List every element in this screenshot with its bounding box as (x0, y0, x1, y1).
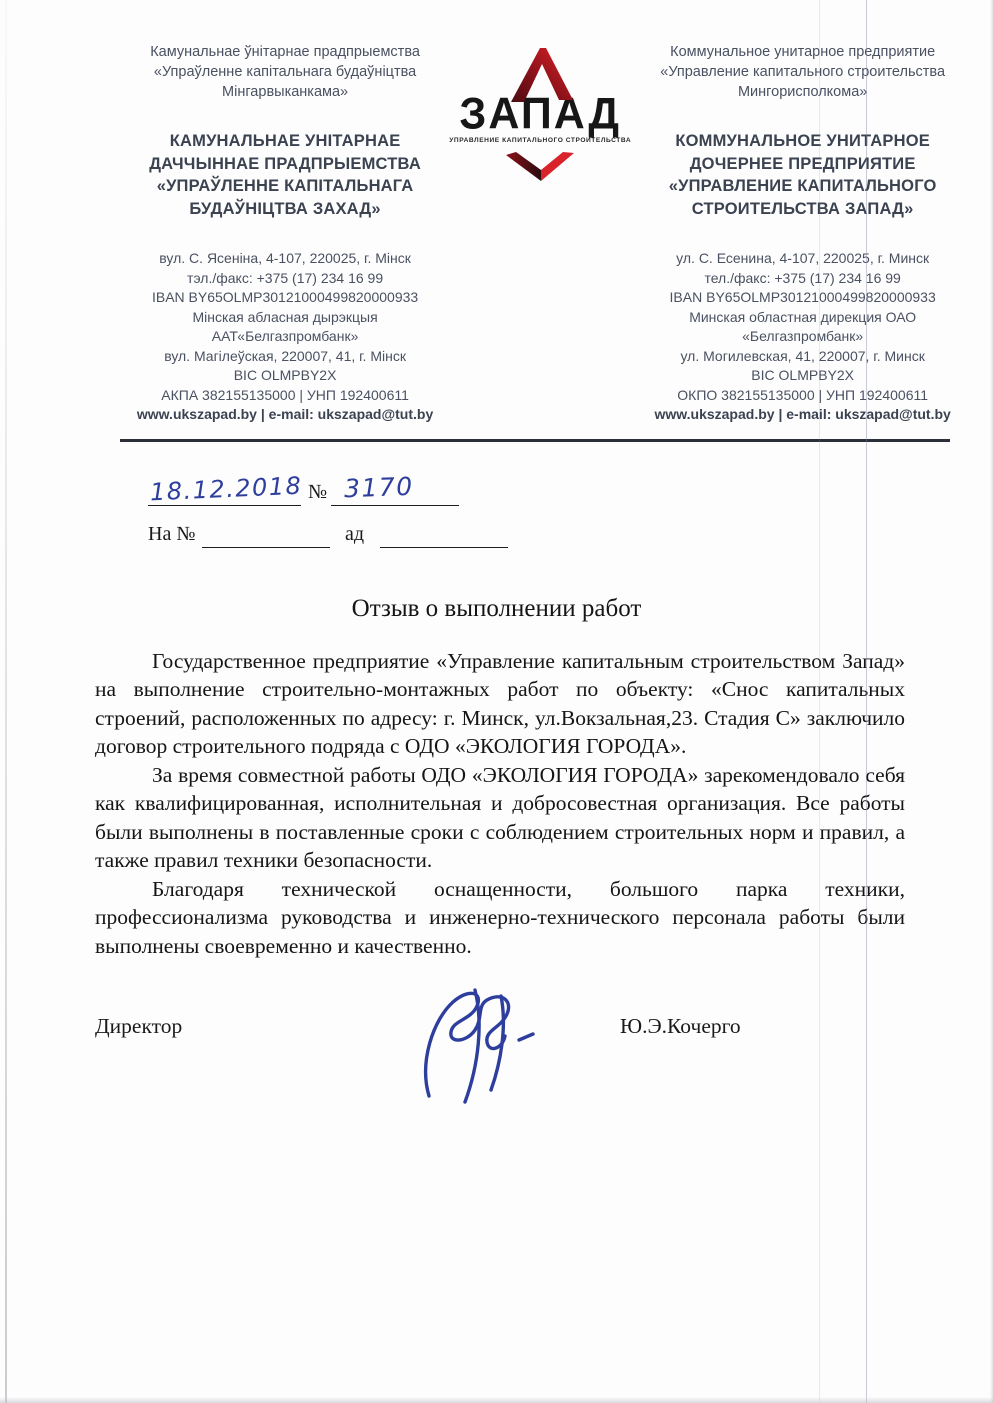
org-bold-line: КАМУНАЛЬНАЕ УНІТАРНАЕ (130, 130, 440, 153)
handwritten-date: 18.12.2018 (149, 471, 302, 506)
letter-body: Государственное предприятие «Управление … (95, 647, 905, 961)
org-line: «Управление капитального строительства (640, 62, 965, 82)
bank-address-line: ул. Могилевская, 41, 220007, г. Минск (640, 347, 965, 367)
org-line: Мингорисполкома» (640, 82, 965, 102)
logo-roof-icon (511, 44, 573, 106)
letterhead: Камунальнае ўнітарнае прадпрыемства «Упр… (0, 0, 993, 425)
org-line: Коммунальное унитарное предприятие (640, 42, 965, 62)
org-name-small: Коммунальное унитарное предприятие «Упра… (640, 42, 965, 102)
iban-line: IBAN BY65OLMP30121000499820000933 (130, 288, 440, 308)
signer-name: Ю.Э.Кочерго (620, 1014, 741, 1039)
signature-block: Директор Ю.Э.Кочерго (0, 992, 993, 1142)
org-bold-line: КОММУНАЛЬНОЕ УНИТАРНОЕ (640, 130, 965, 153)
company-logo: ЗАПАД УПРАВЛЕНИЕ КАПИТАЛЬНОГО СТРОИТЕЛЬС… (448, 42, 632, 183)
iban-line: IBAN BY65OLMP30121000499820000933 (640, 288, 965, 308)
paragraph: Благодаря технической оснащенности, боль… (95, 875, 905, 961)
reply-from-underline (380, 547, 508, 548)
org-name-bold: КАМУНАЛЬНАЕ УНІТАРНАЕ ДАЧЧЫННАЕ ПРАДПРЫЕ… (130, 130, 440, 220)
letterhead-right-russian: Коммунальное унитарное предприятие «Упра… (640, 42, 965, 425)
org-bold-line: «УПРАЎЛЕННЕ КАПІТАЛЬНАГА (130, 175, 440, 198)
website-email-line: www.ukszapad.by | e-mail: ukszapad@tut.b… (130, 405, 440, 425)
scanned-letter-page: Камунальнае ўнітарнае прадпрыемства «Упр… (0, 0, 993, 1403)
bank-address-line: вул. Магілеўская, 220007, 41, г. Мінск (130, 347, 440, 367)
website-email-line: www.ukszapad.by | e-mail: ukszapad@tut.b… (640, 405, 965, 425)
page-edge-shadow (5, 0, 7, 1403)
address-line: ул. С. Есенина, 4-107, 220025, г. Минск (640, 249, 965, 269)
reply-to-row: На № ад (148, 506, 628, 548)
reply-from-label: ад (345, 523, 364, 546)
bic-line: BIC OLMPBY2X (130, 366, 440, 386)
phone-line: тэл./факс: +375 (17) 234 16 99 (130, 269, 440, 289)
letterhead-left-belarusian: Камунальнае ўнітарнае прадпрыемства «Упр… (130, 42, 440, 425)
bank-line: Минская областная дирекция ОАО «Белгазпр… (640, 308, 965, 347)
address-line: вул. С. Ясеніна, 4-107, 220025, г. Мінск (130, 249, 440, 269)
letterhead-divider-rule (120, 439, 950, 442)
paragraph: Государственное предприятие «Управление … (95, 647, 905, 761)
reply-no-underline (202, 547, 330, 548)
handwritten-number: 3170 (344, 471, 415, 502)
phone-line: тел./факс: +375 (17) 234 16 99 (640, 269, 965, 289)
registry-line: ОКПО 382155135000 | УНП 192400611 (640, 386, 965, 406)
org-bold-line: БУДАЎНІЦТВА ЗАХАД» (130, 198, 440, 221)
page-edge-shadow (0, 1397, 993, 1403)
org-line: Камунальнае ўнітарнае прадпрыемства (130, 42, 440, 62)
org-contacts: ул. С. Есенина, 4-107, 220025, г. Минск … (640, 249, 965, 425)
org-name-small: Камунальнае ўнітарнае прадпрыемства «Упр… (130, 42, 440, 102)
paragraph: За время совместной работы ОДО «ЭКОЛОГИЯ… (95, 761, 905, 875)
org-line: «Упраўленне капітальнага будаўніцтва (130, 62, 440, 82)
org-contacts: вул. С. Ясеніна, 4-107, 220025, г. Мінск… (130, 249, 440, 425)
signer-role: Директор (95, 1014, 182, 1039)
org-bold-line: «УПРАВЛЕНИЕ КАПИТАЛЬНОГО (640, 175, 965, 198)
reply-no-label: На № (148, 523, 195, 546)
org-line: Мінгарвыканкама» (130, 82, 440, 102)
logo-check-icon (504, 151, 576, 183)
letter-title: Отзыв о выполнении работ (0, 595, 993, 623)
org-bold-line: ДАЧЧЫННАЕ ПРАДПРЫЕМСТВА (130, 153, 440, 176)
org-bold-line: СТРОИТЕЛЬСТВА ЗАПАД» (640, 198, 965, 221)
bic-line: BIC OLMPBY2X (640, 366, 965, 386)
bank-line: Мінская абласная дырэкцыя ААТ«Белгазпром… (130, 308, 440, 347)
outgoing-number-row: 18.12.2018 № 3170 (148, 464, 628, 506)
org-bold-line: ДОЧЕРНЕЕ ПРЕДПРИЯТИЕ (640, 153, 965, 176)
registry-line: АКПА 382155135000 | УНП 192400611 (130, 386, 440, 406)
number-sign: № (308, 481, 327, 504)
signature-scribble (415, 974, 545, 1106)
org-name-bold: КОММУНАЛЬНОЕ УНИТАРНОЕ ДОЧЕРНЕЕ ПРЕДПРИЯ… (640, 130, 965, 220)
reference-block: 18.12.2018 № 3170 На № ад (148, 464, 628, 548)
